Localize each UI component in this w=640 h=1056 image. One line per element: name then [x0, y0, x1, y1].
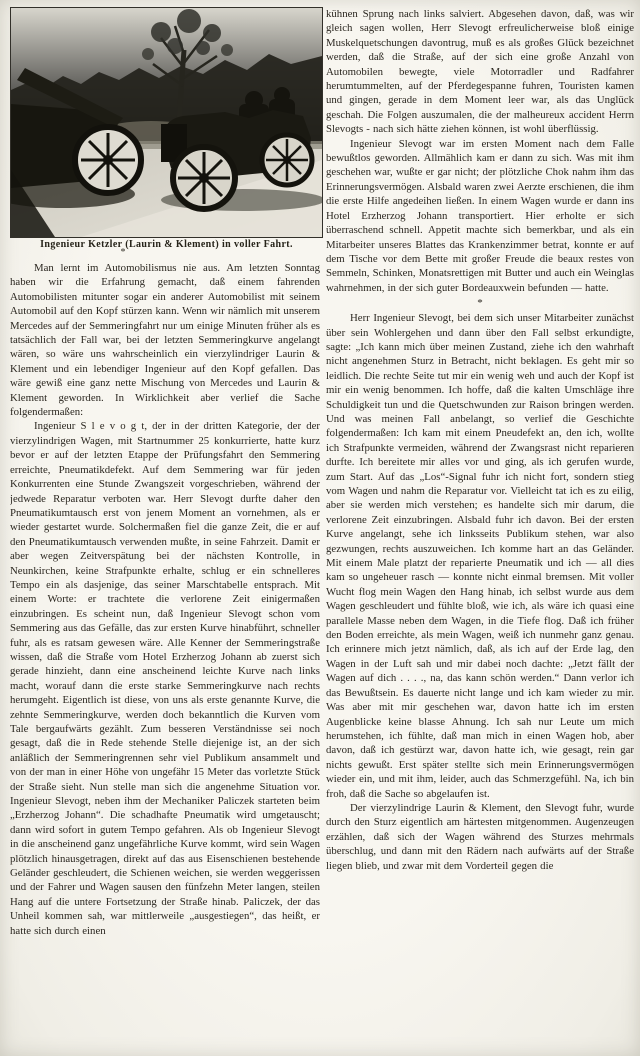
paragraph: Man lernt im Automobilismus nie aus. Am … [10, 261, 320, 419]
paragraph: Ingenieur S l e v o g t, der in der drit… [10, 419, 320, 938]
paragraph: Der vierzylindrige Laurin & Klement, den… [326, 801, 634, 873]
photo-illustration [11, 8, 322, 237]
caption-footnote-mark: * [10, 247, 236, 258]
paragraph: Ingenieur Slevogt war im ersten Moment n… [326, 137, 634, 295]
right-column: kühnen Sprung nach links salviert. Abges… [326, 7, 634, 1053]
newspaper-page: Ingenieur Ketzler (Laurin & Klement) in … [0, 0, 640, 1056]
left-column: Man lernt im Automobilismus nie aus. Am … [10, 261, 320, 1053]
paragraph: kühnen Sprung nach links salviert. Abges… [326, 7, 634, 137]
article-photo [10, 7, 323, 238]
section-separator-asterisk: * [326, 295, 634, 311]
paragraph: Herr Ingenieur Slevogt, bei dem sich uns… [326, 311, 634, 801]
